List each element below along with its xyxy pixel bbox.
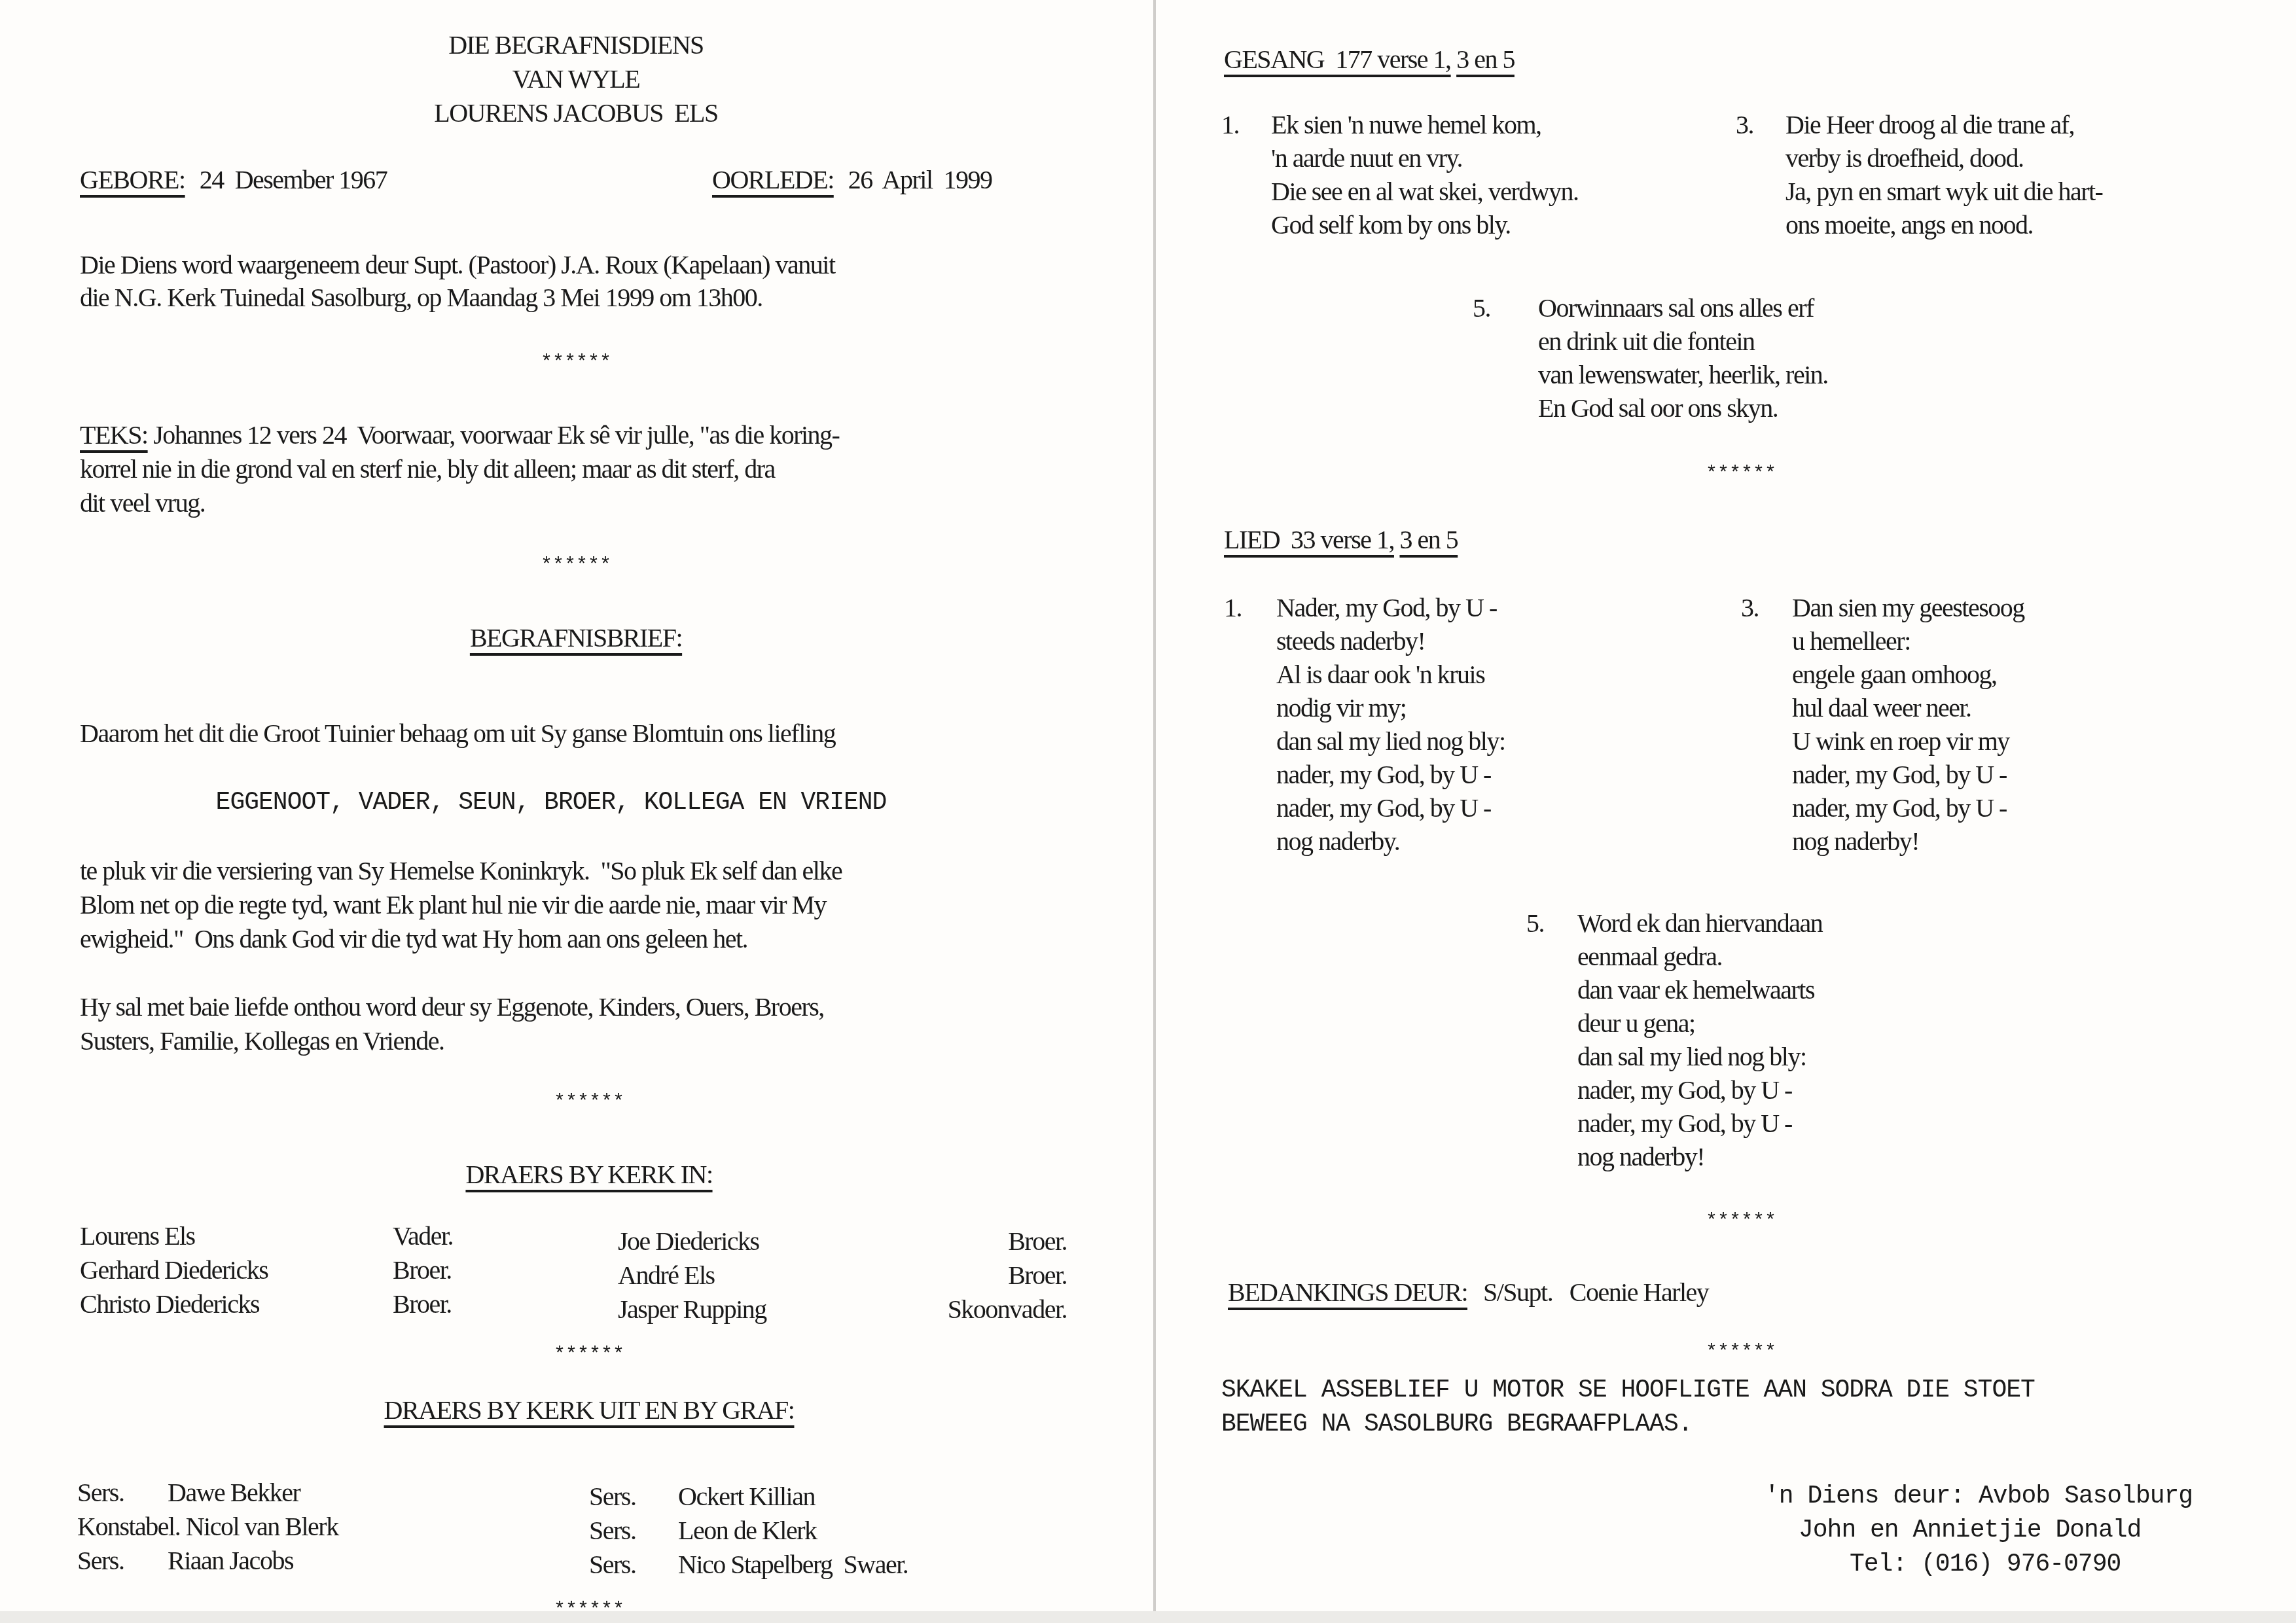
born-row: GEBORE:24 Desember 1967 — [80, 164, 387, 196]
verse-line: nader, my God, by U - — [1577, 1074, 1792, 1107]
verse-number: 1. — [1224, 592, 1242, 624]
letter-line-2: Blom net op die regte tyd, want Ek plant… — [80, 889, 826, 921]
verse-line: nader, my God, by U - — [1276, 758, 1491, 791]
verse-line: nader, my God, by U - — [1577, 1107, 1792, 1140]
verse-line: Die Heer droog al die trane af, — [1785, 109, 2074, 141]
verse-line: van lewenswater, heerlik, rein. — [1538, 359, 1828, 391]
thanks-value: S/Supt. Coenie Harley — [1483, 1277, 1708, 1307]
bearer-name: Jasper Rupping — [618, 1293, 766, 1326]
page-fold — [1153, 0, 1156, 1623]
bearer-relation: Broer. — [903, 1225, 1067, 1258]
verse-line: deur u gena; — [1577, 1007, 1695, 1040]
hymn1-title-b: 3 en 5 — [1456, 45, 1515, 74]
hymn2-title: LIED 33 verse 1, 3 en 5 — [1224, 524, 1458, 556]
service-line-1: Die Diens word waargeneem deur Supt. (Pa… — [80, 249, 835, 281]
born-label: GEBORE: — [80, 165, 185, 194]
verse-line: hul daal weer neer. — [1792, 692, 1971, 724]
verse-line: nader, my God, by U - — [1792, 792, 2007, 825]
verse-line: eenmaal gedra. — [1577, 940, 1722, 973]
verse-number: 3. — [1741, 592, 1759, 624]
verse-line: Ek sien 'n nuwe hemel kom, — [1271, 109, 1541, 141]
service-line-2: die N.G. Kerk Tuinedal Sasolburg, op Maa… — [80, 281, 762, 314]
verse-line: En God sal oor ons skyn. — [1538, 392, 1778, 425]
remember-line-2: Susters, Familie, Kollegas en Vriende. — [80, 1025, 444, 1058]
text-label: TEKS: — [80, 420, 148, 450]
verse-line: nog naderby! — [1577, 1141, 1704, 1173]
verse-line: Die see en al wat skei, verdwyn. — [1271, 175, 1579, 208]
text-line-1-body: Johannes 12 vers 24 Voorwaar, voorwaar E… — [148, 420, 840, 450]
died-value: 26 April 1999 — [848, 165, 992, 194]
verse-line: Ja, pyn en smart wyk uit die hart- — [1785, 175, 2102, 208]
verse-line: dan sal my lied nog bly: — [1577, 1041, 1806, 1073]
paper-edge — [0, 1611, 2296, 1623]
verse-line: en drink uit die fontein — [1538, 325, 1755, 358]
bearer-name: Leon de Klerk — [678, 1514, 817, 1547]
verse-line: u hemelleer: — [1792, 625, 1910, 658]
hymn1-title: GESANG 177 verse 1, 3 en 5 — [1224, 43, 1515, 76]
hymn1-title-a: GESANG 177 verse 1, — [1224, 45, 1451, 74]
verse-line: nader, my God, by U - — [1792, 758, 2007, 791]
text-line-1: TEKS: Johannes 12 vers 24 Voorwaar, voor… — [80, 419, 839, 452]
bearer-name: Riaan Jacobs — [168, 1544, 293, 1577]
verse-line: engele gaan omhoog, — [1792, 658, 1997, 691]
verse-line: steeds naderby! — [1276, 625, 1425, 658]
verse-line: verby is droefheid, dood. — [1785, 142, 2024, 175]
notice-line-2: BEWEEG NA SASOLBURG BEGRAAFPLAAS. — [1221, 1408, 1693, 1441]
verse-line: Al is daar ook 'n kruis — [1276, 658, 1484, 691]
bearer-relation: Broer. — [393, 1254, 452, 1287]
header-line-2: VAN WYLE — [367, 63, 785, 96]
letter-title: BEGRAFNISBRIEF: — [419, 622, 733, 654]
separator: ****** — [524, 1594, 655, 1623]
verse-line: Word ek dan hiervandaan — [1577, 907, 1822, 940]
bearer-name: Gerhard Diedericks — [80, 1254, 268, 1287]
separator: ****** — [511, 347, 641, 380]
bearer-relation: Vader. — [393, 1220, 453, 1253]
bearer-name: Ockert Killian — [678, 1480, 815, 1513]
remember-line-1: Hy sal met baie liefde onthou word deur … — [80, 991, 824, 1024]
service-by-line-2: John en Annietjie Donald — [1799, 1514, 2141, 1547]
bearer-name: Joe Diedericks — [618, 1225, 759, 1258]
verse-line: nog naderby. — [1276, 825, 1399, 858]
separator: ****** — [524, 1086, 655, 1119]
separator: ****** — [511, 550, 641, 582]
bearer-rank: Sers. — [77, 1544, 124, 1577]
died-label: OORLEDE: — [712, 165, 834, 194]
bearer-name: Dawe Bekker — [168, 1476, 300, 1509]
verse-number: 5. — [1473, 292, 1490, 325]
bearer-name: Christo Diedericks — [80, 1288, 259, 1321]
letter-line-3: ewigheid." Ons dank God vir die tyd wat … — [80, 923, 747, 955]
letter-roles: EGGENOOT, VADER, SEUN, BROER, KOLLEGA EN… — [80, 787, 1022, 819]
verse-line: U wink en roep vir my — [1792, 725, 2009, 758]
bearer-relation: Skoonvader. — [903, 1293, 1067, 1326]
notice-line-1: SKAKEL ASSEBLIEF U MOTOR SE HOOFLIGTE AA… — [1221, 1374, 2035, 1407]
bearer-rank: Sers. — [77, 1476, 124, 1509]
bearer-name: Lourens Els — [80, 1220, 195, 1253]
thanks-label: BEDANKINGS DEUR: — [1228, 1277, 1467, 1307]
bearer-name: André Els — [618, 1259, 715, 1292]
born-value: 24 Desember 1967 — [200, 165, 387, 194]
verse-line: dan vaar ek hemelwaarts — [1577, 974, 1814, 1007]
hymn2-title-a: LIED 33 verse 1, — [1224, 525, 1394, 554]
verse-line: nader, my God, by U - — [1276, 792, 1491, 825]
header-line-1: DIE BEGRAFNISDIENS — [367, 29, 785, 62]
text-line-3: dit veel vrug. — [80, 487, 205, 520]
hymn2-title-b: 3 en 5 — [1399, 525, 1458, 554]
service-by-line-1: 'n Diens deur: Avbob Sasolburg — [1765, 1480, 2193, 1513]
header-line-3: LOURENS JACOBUS ELS — [367, 97, 785, 130]
verse-number: 1. — [1221, 109, 1239, 141]
bearers-out-title: DRAERS BY KERK UIT EN BY GRAF: — [367, 1394, 812, 1427]
bearers-in-title: DRAERS BY KERK IN: — [432, 1158, 746, 1191]
verse-line: dan sal my lied nog bly: — [1276, 725, 1505, 758]
verse-line: Nader, my God, by U - — [1276, 592, 1497, 624]
separator: ****** — [524, 1339, 655, 1372]
verse-number: 3. — [1736, 109, 1753, 141]
text-line-2: korrel nie in die grond val en sterf nie… — [80, 453, 775, 486]
died-row: OORLEDE:26 April 1999 — [712, 164, 992, 196]
bearer-name: Nico Stapelberg Swaer. — [678, 1548, 908, 1581]
separator: ****** — [1676, 1205, 1806, 1238]
bearer-relation: Broer. — [903, 1259, 1067, 1292]
letter-line-1: te pluk vir die versiering van Sy Hemels… — [80, 855, 842, 887]
verse-number: 5. — [1526, 907, 1544, 940]
letter-intro: Daarom het dit die Groot Tuinier behaag … — [80, 717, 835, 750]
separator: ****** — [1676, 1336, 1806, 1369]
bearer-konstabel-row: Konstabel. Nicol van Blerk — [77, 1510, 338, 1543]
verse-line: nog naderby! — [1792, 825, 1919, 858]
bearer-rank: Sers. — [589, 1514, 636, 1547]
verse-line: Dan sien my geestesoog — [1792, 592, 2024, 624]
bearer-relation: Broer. — [393, 1288, 452, 1321]
service-by-line-3: Tel: (016) 976-0790 — [1850, 1548, 2121, 1581]
verse-line: ons moeite, angs en nood. — [1785, 209, 2033, 241]
separator: ****** — [1676, 458, 1806, 491]
verse-line: God self kom by ons bly. — [1271, 209, 1511, 241]
verse-line: Oorwinnaars sal ons alles erf — [1538, 292, 1814, 325]
thanks-row: BEDANKINGS DEUR:S/Supt. Coenie Harley — [1228, 1276, 1708, 1309]
verse-line: 'n aarde nuut en vry. — [1271, 142, 1462, 175]
bearer-rank: Sers. — [589, 1480, 636, 1513]
verse-line: nodig vir my; — [1276, 692, 1406, 724]
bearer-rank: Sers. — [589, 1548, 636, 1581]
